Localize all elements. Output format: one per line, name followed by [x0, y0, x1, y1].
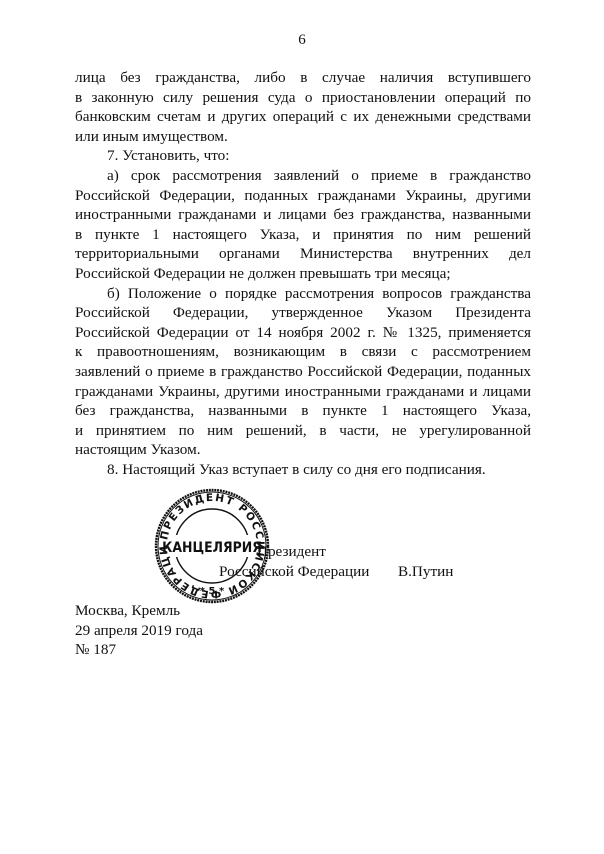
- page-number: 6: [0, 32, 604, 49]
- place-and-date: Москва, Кремль 29 апреля 2019 года № 187: [75, 601, 203, 660]
- paragraph-continuation: лица без гражданства, либо в случае нали…: [75, 68, 531, 146]
- text-line: гражданами Украины, другими иностранными…: [75, 382, 531, 402]
- svg-text:* 5 *: * 5 *: [200, 586, 225, 597]
- text-line: заявлений о приеме в гражданство Российс…: [75, 362, 531, 382]
- text-line: иностранными гражданами и лицами без гра…: [75, 205, 531, 225]
- text-line: и принятием по ним решений, в части, не …: [75, 421, 531, 441]
- text-line: без гражданства, названными в пункте 1 н…: [75, 401, 531, 421]
- text-line: Российской Федерации, утвержденное Указо…: [75, 303, 531, 323]
- official-stamp-icon: ПРЕЗИДЕНТ РОССИЙСКОЙ ФЕДЕРАЦИИ КАНЦЕЛЯРИ…: [153, 487, 271, 605]
- text-line: банковским счетам и других операций с их…: [75, 107, 531, 127]
- text-line: настоящим Указом.: [75, 440, 531, 460]
- text-line: в законную силу решения суда о приостано…: [75, 88, 531, 108]
- date: 29 апреля 2019 года: [75, 621, 203, 641]
- text-line: в пункте 1 настоящего Указа, и принятия …: [75, 225, 531, 245]
- item-8: 8. Настоящий Указ вступает в силу со дня…: [75, 460, 531, 480]
- signatory-title: Президент: [257, 543, 326, 561]
- decree-number: № 187: [75, 640, 203, 660]
- text-line: б) Положение о порядке рассмотрения вопр…: [75, 284, 531, 304]
- text-line: Российской Федерации не должен превышать…: [75, 264, 531, 284]
- text-line: или иным имуществом.: [75, 127, 531, 147]
- signatory-name: В.Путин: [398, 563, 453, 581]
- text-line: а) срок рассмотрения заявлений о приеме …: [75, 166, 531, 186]
- document-body: лица без гражданства, либо в случае нали…: [75, 68, 531, 479]
- text-line: лица без гражданства, либо в случае нали…: [75, 68, 531, 88]
- text-line: Российской Федерации, поданных гражданам…: [75, 186, 531, 206]
- place: Москва, Кремль: [75, 601, 203, 621]
- text-line: к правоотношениям, возникающим в связи с…: [75, 342, 531, 362]
- svg-text:КАНЦЕЛЯРИЯ: КАНЦЕЛЯРИЯ: [162, 539, 262, 556]
- item-7b: б) Положение о порядке рассмотрения вопр…: [75, 284, 531, 460]
- item-7a: а) срок рассмотрения заявлений о приеме …: [75, 166, 531, 284]
- signatory-country: Российской Федерации: [219, 563, 369, 581]
- text-line: Российской Федерации от 14 ноября 2002 г…: [75, 323, 531, 343]
- item-7-heading: 7. Установить, что:: [75, 146, 531, 166]
- text-line: территориальными органами Министерства в…: [75, 244, 531, 264]
